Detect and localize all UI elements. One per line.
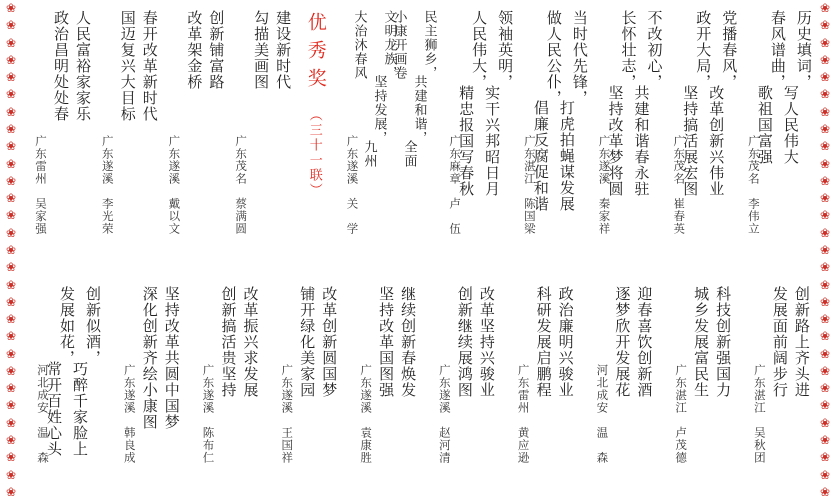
couplet-line-column: 精忠报国写春秋 <box>459 85 472 197</box>
couplet-line-column: 逐梦欣开发展花 <box>606 286 628 398</box>
left-flower-border: ❀❀❀❀❀❀❀❀❀❀❀❀❀❀❀❀❀❀❀❀❀❀❀❀❀❀❀❀❀ <box>3 2 19 498</box>
award-list-bottom-row: 创新路上齐头进发展面前阔步行广东湛江 吴秋团科技创新强国力城乡发展富民生广东湛江… <box>32 286 808 496</box>
flower-ornament-icon: ❀ <box>6 209 16 221</box>
couplet-line-column: 创新铺富路 <box>200 10 222 90</box>
couplet-line-column: 创新路上齐头进 <box>786 286 808 398</box>
couplet-line-column: 实干兴邦昭日月 <box>485 85 498 197</box>
couplet-entry: 创新似酒，巧醉千家脸上发展如花，常开百姓心头河北成安 温 森 <box>32 286 99 464</box>
flower-ornament-icon: ❀ <box>6 54 16 66</box>
flower-ornament-icon: ❀ <box>820 19 830 31</box>
couplet-line-column: 发展面前阔步行 <box>764 286 786 398</box>
flower-ornament-icon: ❀ <box>6 123 16 135</box>
author-attribution: 河北成安 温 森 <box>591 364 606 464</box>
couplet-entry: 人民富裕家家乐政治昌明处处春广东雷州 吴家强 <box>30 10 89 235</box>
flower-ornament-icon: ❀ <box>820 106 830 118</box>
author-attribution: 广东湛江 吴秋团 <box>749 364 764 464</box>
couplet-line-column: 春开改革新时代 <box>134 10 156 122</box>
couplet-entry: 改革坚持兴骏业创新继续展鸿图广东遂溪 赵河清 <box>434 286 493 464</box>
couplet-entry: 不改初心，共建和谐春永驻长怀壮志，坚持改革梦将圆广东遂溪 秦家祥 <box>594 10 661 235</box>
couplet-entry: 政治廉明兴骏业科研发展启鹏程广东雷州 黄应逊 <box>513 286 572 464</box>
section-title: 优秀奖 （三十一联） <box>297 10 334 198</box>
couplet-line-column: 创新似酒， <box>86 286 99 366</box>
flower-ornament-icon: ❀ <box>6 434 16 446</box>
flower-ornament-icon: ❀ <box>820 434 830 446</box>
flower-ornament-icon: ❀ <box>6 158 16 170</box>
flower-ornament-icon: ❀ <box>820 37 830 49</box>
flower-ornament-icon: ❀ <box>6 37 16 49</box>
flower-ornament-icon: ❀ <box>820 209 830 221</box>
flower-ornament-icon: ❀ <box>820 175 830 187</box>
couplet-entry: 春开改革新时代国迈复兴大目标广东遂溪 李光荣 <box>97 10 156 235</box>
flower-ornament-icon: ❀ <box>820 261 830 273</box>
flower-ornament-icon: ❀ <box>6 469 16 481</box>
couplet-line-column: 继续创新春焕发 <box>392 286 414 398</box>
couplet-entry: 创新路上齐头进发展面前阔步行广东湛江 吴秋团 <box>749 286 808 464</box>
flower-ornament-icon: ❀ <box>6 296 16 308</box>
flower-ornament-icon: ❀ <box>820 486 830 498</box>
couplet-line-column: 党播春风， <box>722 10 735 90</box>
flower-ornament-icon: ❀ <box>820 158 830 170</box>
couplet-entry: 建设新时代勾描美画图广东茂名 蔡满圆 <box>230 10 289 235</box>
couplet-entry: 科技创新强国力城乡发展富民生广东湛江 卢茂德 <box>670 286 729 464</box>
couplet-line-column: 共建和谐春永驻 <box>635 85 648 197</box>
couplet-line-column: 坚持改革国图强 <box>370 286 392 398</box>
couplet-line-column: 科研发展启鹏程 <box>528 286 550 398</box>
couplet-line-column: 改革振兴求发展 <box>235 286 257 398</box>
couplet-line-column: 打虎拍蝇谋发展 <box>560 100 573 212</box>
author-attribution: 广东茂名 蔡满圆 <box>230 135 245 235</box>
author-attribution: 广东遂溪 赵河清 <box>434 364 449 464</box>
couplet-entry: 当时代先锋，打虎拍蝇谋发展做人民公仆，倡廉反腐促和谐广东湛江 陈国梁 <box>519 10 586 235</box>
couplet-line-column: 坚持发展， <box>376 75 386 145</box>
flower-ornament-icon: ❀ <box>820 365 830 377</box>
author-attribution: 广东遂溪 袁康胜 <box>355 364 370 464</box>
flower-ornament-icon: ❀ <box>820 296 830 308</box>
couplet-entry: 坚持改革共圆中国梦深化创新齐绘小康图广东遂溪 韩良成 <box>119 286 178 464</box>
couplet-line-column: 政治昌明处处春 <box>45 10 67 122</box>
couplet-entry: 继续创新春焕发坚持改革国图强广东遂溪 袁康胜 <box>355 286 414 464</box>
couplet-entry: 历史填词，写人民伟大春风谱曲，歌祖国富强广东茂名 李伟立 <box>743 10 810 235</box>
couplet-line-column: 国迈复兴大目标 <box>112 10 134 122</box>
award-list-top-row: 历史填词，写人民伟大春风谱曲，歌祖国富强广东茂名 李伟立党播春风，改革创新兴伟业… <box>30 10 810 256</box>
flower-ornament-icon: ❀ <box>6 2 16 14</box>
couplet-line-column: 改革架金桥 <box>178 10 200 90</box>
flower-ornament-icon: ❀ <box>820 279 830 291</box>
flower-ornament-icon: ❀ <box>820 244 830 256</box>
couplet-line-column: 领袖英明， <box>498 10 511 90</box>
couplet-entry: 迎春喜饮创新酒逐梦欣开发展花河北成安 温 森 <box>591 286 650 464</box>
flower-ornament-icon: ❀ <box>820 71 830 83</box>
flower-ornament-icon: ❀ <box>6 106 16 118</box>
flower-ornament-icon: ❀ <box>6 348 16 360</box>
section-title-sub: （三十一联） <box>308 108 323 198</box>
couplet-line-column: 历史填词， <box>797 10 810 90</box>
award-couplet-page: ❀❀❀❀❀❀❀❀❀❀❀❀❀❀❀❀❀❀❀❀❀❀❀❀❀❀❀❀❀ ❀❀❀❀❀❀❀❀❀❀… <box>0 0 836 500</box>
couplet-line-column: 政治廉明兴骏业 <box>550 286 572 398</box>
author-attribution: 广东遂溪 陈布仁 <box>198 364 213 464</box>
couplet-line-column: 深化创新齐绘小康图 <box>134 286 156 430</box>
flower-ornament-icon: ❀ <box>6 175 16 187</box>
couplet-line-column: 改革创新兴伟业 <box>709 85 722 197</box>
flower-ornament-icon: ❀ <box>6 313 16 325</box>
flower-ornament-icon: ❀ <box>820 54 830 66</box>
couplet-line-column: 倡廉反腐促和谐 <box>534 100 547 212</box>
author-attribution: 广东遂溪 关 学 <box>341 135 356 235</box>
flower-ornament-icon: ❀ <box>6 261 16 273</box>
flower-ornament-icon: ❀ <box>6 382 16 394</box>
flower-ornament-icon: ❀ <box>820 348 830 360</box>
couplet-line-column: 坚持改革梦将圆 <box>609 85 622 197</box>
couplet-entry: 改革振兴求发展创新搞活贵坚持广东遂溪 陈布仁 <box>198 286 257 464</box>
couplet-line-column: 长怀壮志， <box>622 10 635 90</box>
flower-ornament-icon: ❀ <box>6 71 16 83</box>
flower-ornament-icon: ❀ <box>820 382 830 394</box>
couplet-line-column: 迎春喜饮创新酒 <box>628 286 650 398</box>
flower-ornament-icon: ❀ <box>6 88 16 100</box>
flower-ornament-icon: ❀ <box>820 123 830 135</box>
couplet-line-column: 发展如花， <box>60 286 73 366</box>
author-attribution: 广东湛江 卢茂德 <box>670 364 685 464</box>
couplet-line-column: 建设新时代 <box>267 10 289 90</box>
couplet-line-column: 改革坚持兴骏业 <box>471 286 493 398</box>
couplet-line-column: 创新搞活贵坚持 <box>213 286 235 398</box>
author-attribution: 广东遂溪 李光荣 <box>97 135 112 235</box>
couplet-line-column: 不改初心， <box>648 10 661 90</box>
couplet-line-column: 改革创新圆国梦 <box>313 286 335 398</box>
couplet-entry: 民主狮乡，共建和谐，全面小康开画卷文明龙族，坚持发展，九州大治沐春风广东遂溪 关… <box>341 10 436 235</box>
flower-ornament-icon: ❀ <box>820 88 830 100</box>
couplet-line-column: 当时代先锋， <box>573 10 586 106</box>
author-attribution: 广东遂溪 韩良成 <box>119 364 134 464</box>
right-flower-border: ❀❀❀❀❀❀❀❀❀❀❀❀❀❀❀❀❀❀❀❀❀❀❀❀❀❀❀❀❀ <box>817 2 833 498</box>
flower-ornament-icon: ❀ <box>820 469 830 481</box>
author-attribution: 广东遂溪 王国祥 <box>276 364 291 464</box>
flower-ornament-icon: ❀ <box>6 486 16 498</box>
flower-ornament-icon: ❀ <box>6 192 16 204</box>
couplet-line-column: 春风谱曲， <box>771 10 784 90</box>
flower-ornament-icon: ❀ <box>6 19 16 31</box>
author-attribution: 广东雷州 黄应逊 <box>513 364 528 464</box>
flower-ornament-icon: ❀ <box>6 451 16 463</box>
flower-ornament-icon: ❀ <box>820 227 830 239</box>
couplet-line-column: 巧醉千家脸上 <box>73 361 86 457</box>
couplet-line-column: 勾描美画图 <box>245 10 267 90</box>
couplet-line-column: 人民富裕家家乐 <box>67 10 89 122</box>
flower-ornament-icon: ❀ <box>6 417 16 429</box>
couplet-line-column: 歌祖国富强 <box>758 85 771 165</box>
flower-ornament-icon: ❀ <box>6 399 16 411</box>
flower-ornament-icon: ❀ <box>6 279 16 291</box>
flower-ornament-icon: ❀ <box>820 451 830 463</box>
flower-ornament-icon: ❀ <box>820 2 830 14</box>
couplet-line-column: 共建和谐， <box>416 75 426 145</box>
couplet-line-column: 写人民伟大 <box>784 85 797 165</box>
flower-ornament-icon: ❀ <box>6 330 16 342</box>
couplet-line-column: 科技创新强国力 <box>707 286 729 398</box>
flower-ornament-icon: ❀ <box>820 330 830 342</box>
flower-ornament-icon: ❀ <box>6 244 16 256</box>
flower-ornament-icon: ❀ <box>820 192 830 204</box>
flower-ornament-icon: ❀ <box>6 365 16 377</box>
couplet-line-column: 人民伟大， <box>472 10 485 90</box>
flower-ornament-icon: ❀ <box>820 313 830 325</box>
flower-ornament-icon: ❀ <box>820 399 830 411</box>
flower-ornament-icon: ❀ <box>820 417 830 429</box>
couplet-line-column: 铺开绿化美家园 <box>291 286 313 398</box>
couplet-line-column: 小康开画卷 <box>396 10 406 80</box>
flower-ornament-icon: ❀ <box>6 227 16 239</box>
couplet-entry: 党播春风，改革创新兴伟业政开大局，坚持搞活展宏图广东茂名 崔春英 <box>668 10 735 235</box>
couplet-line-column: 民主狮乡， <box>426 10 436 80</box>
section-title-main: 优秀奖 <box>305 12 326 96</box>
flower-ornament-icon: ❀ <box>6 140 16 152</box>
author-attribution: 广东雷州 吴家强 <box>30 135 45 235</box>
couplet-entry: 改革创新圆国梦铺开绿化美家园广东遂溪 王国祥 <box>276 286 335 464</box>
flower-ornament-icon: ❀ <box>820 140 830 152</box>
couplet-line-column: 创新继续展鸿图 <box>449 286 471 398</box>
couplet-line-column: 大治沐春风 <box>356 10 366 80</box>
couplet-line-column: 坚持搞活展宏图 <box>683 85 696 197</box>
couplet-entry: 领袖英明，实干兴邦昭日月人民伟大，精忠报国写春秋广东麻章 卢 伍 <box>444 10 511 235</box>
couplet-entry: 创新铺富路改革架金桥广东遂溪 戴以文 <box>163 10 222 235</box>
couplet-line-column: 坚持改革共圆中国梦 <box>156 286 178 430</box>
couplet-line-column: 城乡发展富民生 <box>685 286 707 398</box>
author-attribution: 广东遂溪 戴以文 <box>163 135 178 235</box>
couplet-line-column: 做人民公仆， <box>547 10 560 106</box>
couplet-line-column: 政开大局， <box>696 10 709 90</box>
couplet-line-column: 常开百姓心头 <box>47 361 60 457</box>
